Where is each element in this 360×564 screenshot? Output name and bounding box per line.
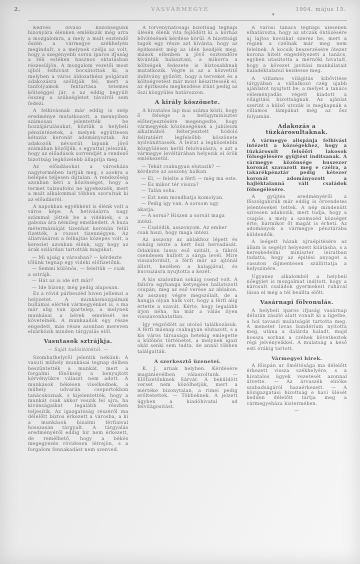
paragraph: A törvényhatósági bizottság tegnapi ülés… [137,26,237,96]
header-rule [28,20,347,21]
paragraph: A városi tanács tegnapi ülésében elhatár… [247,26,347,75]
dialogue-line: — Talán soha. [137,189,237,194]
page-header: VASVÁRMEGYE 2. 1904. május 15. [14,7,346,13]
dialogue-line: — Ezt nem mondhatja komolyan. [137,196,237,201]
paragraph: K. J. urnak helyben. Kérdésére magánlevé… [137,367,237,410]
dialogue-line: — El, — felelte a férfi — még ma este. [137,177,237,182]
column-2: A törvényhatósági bizottság tegnapi ülés… [137,26,237,558]
dialogue-line: — Mi ujság a városban? — kérdezte tőlünk… [28,256,128,267]
dialogue-line: — Hát az is ide ért már? [28,279,128,284]
column-3: A városi tanács tegnapi ülésében elhatár… [247,26,347,558]
end-mark: — [247,409,347,414]
page-number: 2. [14,7,21,13]
ink-speck: ▾ [272,13,275,18]
paragraph: Ez a rövid párbeszéd hiven jellemzi a he… [28,292,128,335]
dialogue-line: — Semmi különös, — feleltük — csak a szt… [28,267,128,278]
paragraph: A felhivásnak már eddig is szép eredmény… [28,109,128,163]
minor-heading: A szerkesztő üzenetei. [137,359,237,365]
paragraph: Szombathelyről jelentik nekünk: A vasuti… [28,356,128,453]
dialogue-line: — Tehát csakugyan elutazik? — kérdezte a… [137,165,237,176]
dialogue-line: — A sorsa? Hiszen a sorsát maga intézi. [137,214,237,225]
paragraph: A hivatalos lap mai száma közli, hogy ő … [137,109,237,163]
paragraph: Ugyanez alkalomból a helybeli nőegylet i… [247,275,347,297]
dialogue-line: — Ide bizony, még pedig alaposan. [28,286,128,291]
paragraph: Igy végződött az utolsó találkozásuk. A … [137,323,237,355]
section-heading: Adakozás a tüzkárosultaknak. [247,124,347,137]
section-heading: A király köszönete. [137,100,237,107]
dialogue-line: — Pedig igy van. A sorsom ugy akarja. [137,202,237,213]
paragraph: Az előadásokat a városháza nagytermében … [28,165,128,203]
paragraph: A leégett házak ujraépitésére az állam i… [247,240,347,272]
paragraph: A gyüjtés eredményéről a főszolgabirák m… [247,195,347,238]
dialogue-line: — Csalódik, asszonyom. Az ember csak his… [137,226,237,237]
section-heading: Vasárnapi fölvonulás. [247,300,347,307]
minor-heading: Vármegyei hirek. [247,356,347,362]
paragraph: A kis szalonban sokáig csend volt. A fal… [137,278,237,321]
newspaper-page: VASVÁRMEGYE 2. 1904. május 15. ▾ Kedves … [0,0,360,564]
paragraph: A napokban egyébként is élénk volt a vár… [28,205,128,254]
paragraph: A helybeli iparos ifjuság vasárnap délut… [247,309,347,352]
paragraph: A főispán ur őméltósága ma délelőtt érke… [247,364,347,407]
bold-paragraph: A vármegye alispánja felhivást intézett … [247,139,347,193]
paragraph: Kedves olvasó közönségünk bizonyára élén… [28,26,128,107]
section-subheading: — Saját tudósitónktól. — [28,348,128,353]
paragraph: A villamos világitás kibővitése tárgyába… [247,77,347,120]
paragraph: Az asszony az ablakhoz lépett és sokáig … [137,238,237,276]
text-columns: Kedves olvasó közönségünk bizonyára élén… [28,26,347,558]
dialogue-line: — És mikor tér vissza? [137,183,237,188]
section-heading: Vasutasok sztrájkja. [28,339,128,346]
issue-date: 1904. május 15. [295,7,346,13]
column-1: Kedves olvasó közönségünk bizonyára élén… [28,26,128,558]
